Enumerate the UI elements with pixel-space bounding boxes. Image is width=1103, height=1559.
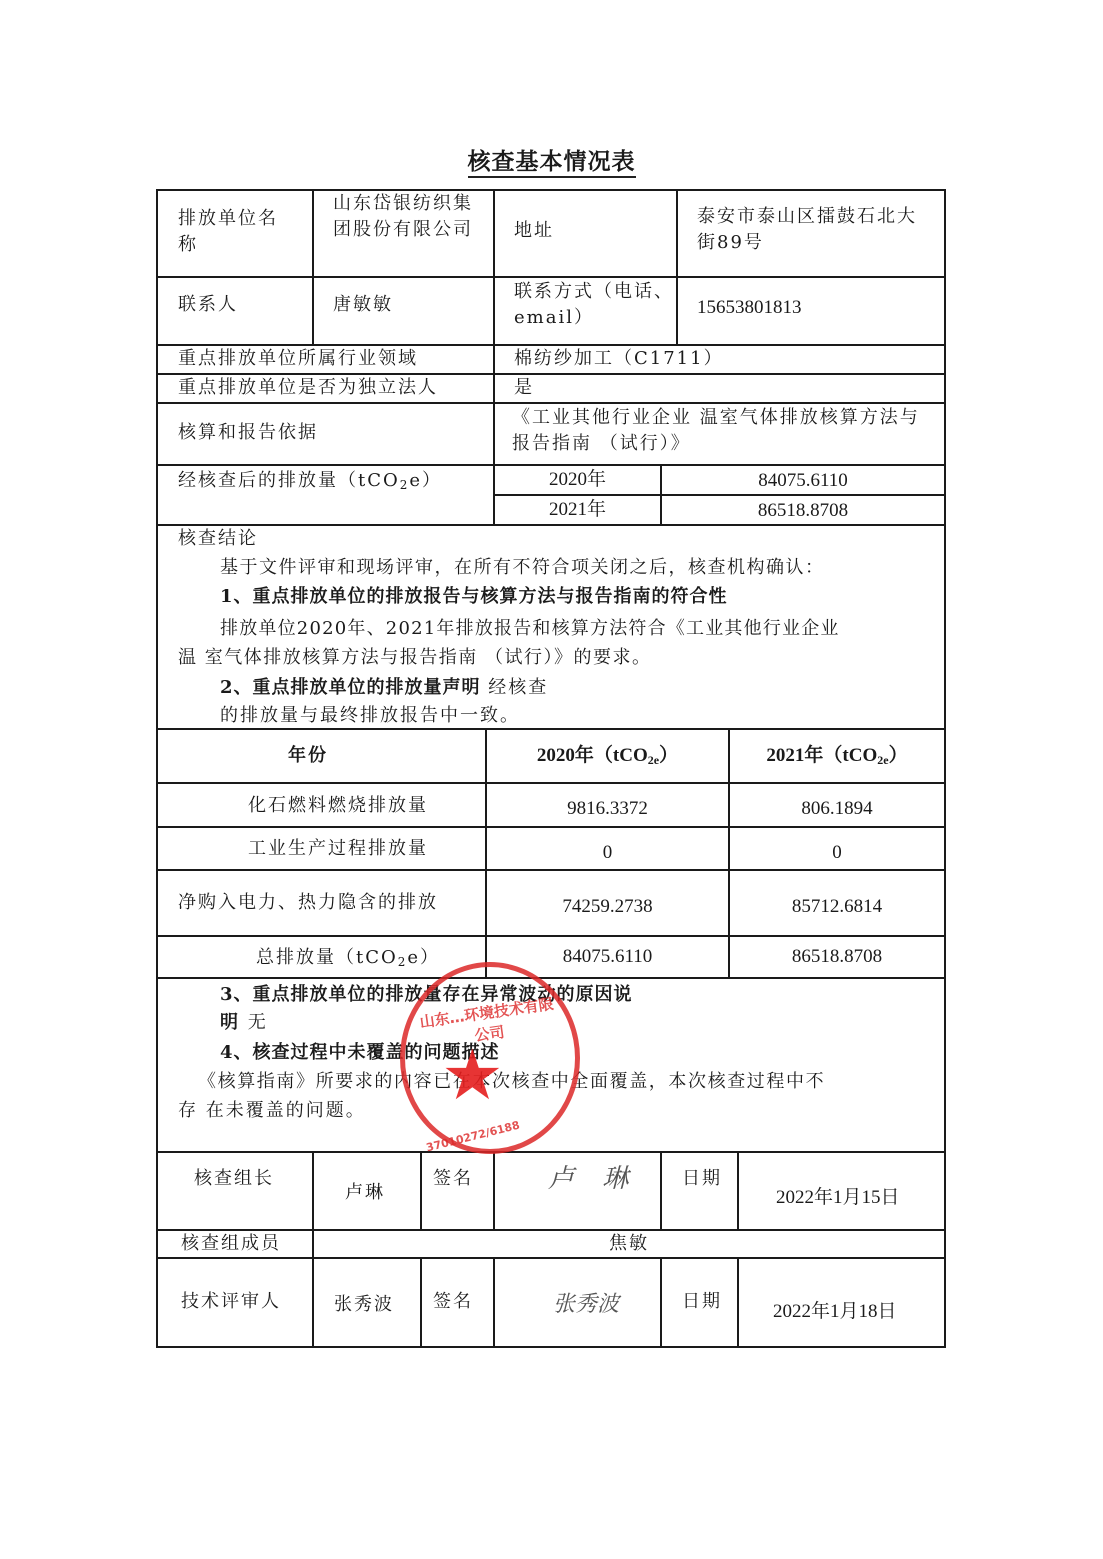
verified-year-2020: 2020年 bbox=[495, 467, 660, 493]
table-cell: 0 bbox=[730, 840, 944, 866]
table-row-label: 总排放量（tCO2e） bbox=[256, 945, 440, 975]
emissions-header-2021: 2021年（tCO2e） bbox=[730, 743, 944, 773]
divider bbox=[660, 1257, 662, 1347]
conclusion-item1-title: 1、重点排放单位的排放报告与核算方法与报告指南的符合性 bbox=[220, 584, 728, 610]
divider bbox=[156, 935, 946, 937]
divider bbox=[660, 1151, 662, 1230]
conclusion-intro: 基于文件评审和现场评审，在所有不符合项关闭之后，核查机构确认： bbox=[220, 555, 825, 581]
divider bbox=[156, 1257, 946, 1259]
verified-year-2021: 2021年 bbox=[495, 497, 660, 523]
conclusion-item3-title: 3、重点排放单位的排放量存在异常波动的原因说 bbox=[220, 982, 633, 1008]
table-cell: 806.1894 bbox=[730, 796, 944, 822]
table-cell: 74259.2738 bbox=[487, 894, 728, 920]
emissions-header-2020: 2020年（tCO2e） bbox=[487, 743, 728, 773]
conclusion-item1-text: 排放单位2020年、2021年排放报告和核算方法符合《工业其他行业企业 bbox=[220, 616, 840, 642]
members-label: 核查组成员 bbox=[181, 1231, 281, 1257]
conclusion-item3: 明 无 bbox=[220, 1010, 268, 1036]
conclusion-item1-text: 温 室气体排放核算方法与报告指南 （试行）》的要求。 bbox=[178, 645, 651, 671]
address-value: 泰安市泰山区擂鼓石北大街89号 bbox=[697, 204, 927, 256]
divider bbox=[156, 826, 946, 828]
divider bbox=[420, 1257, 422, 1347]
table-row-label: 化石燃料燃烧排放量 bbox=[158, 793, 518, 819]
leader-label: 核查组长 bbox=[194, 1166, 274, 1192]
divider bbox=[944, 189, 946, 1348]
divider bbox=[493, 494, 946, 496]
table-row-label: 工业生产过程排放量 bbox=[158, 836, 518, 862]
divider bbox=[156, 464, 946, 466]
divider bbox=[156, 189, 946, 191]
table-cell: 85712.6814 bbox=[730, 894, 944, 920]
table-cell: 0 bbox=[487, 840, 728, 866]
date-label: 日期 bbox=[682, 1289, 722, 1315]
conclusion-item4-text: 存 在未覆盖的问题。 bbox=[178, 1098, 366, 1124]
divider bbox=[156, 1151, 946, 1153]
divider bbox=[156, 1346, 946, 1348]
unit-name-label: 排放单位名称 bbox=[178, 206, 288, 258]
divider bbox=[156, 276, 946, 278]
table-cell: 84075.6110 bbox=[487, 944, 728, 970]
contact-value: 唐敏敏 bbox=[333, 292, 393, 318]
address-label: 地址 bbox=[514, 218, 554, 244]
conclusion-item2: 2、重点排放单位的排放量声明 经核查 bbox=[220, 675, 548, 701]
verified-value-2021: 86518.8708 bbox=[662, 498, 944, 524]
table-cell: 9816.3372 bbox=[487, 796, 728, 822]
table-cell: 86518.8708 bbox=[730, 944, 944, 970]
contact-label: 联系人 bbox=[178, 292, 238, 318]
table-row-label: 净购入电力、热力隐含的排放 bbox=[178, 890, 438, 916]
seal-number: 37010272/6188 bbox=[425, 1119, 521, 1155]
members-value: 焦敏 bbox=[314, 1231, 944, 1257]
divider bbox=[156, 524, 946, 526]
legal-person-label: 重点排放单位是否为独立法人 bbox=[178, 375, 438, 401]
leader-name: 卢琳 bbox=[345, 1180, 385, 1206]
reviewer-date: 2022年1月18日 bbox=[773, 1299, 897, 1325]
basis-value: 《工业其他行业企业 温室气体排放核算方法与报告指南 （试行）》 bbox=[512, 405, 932, 457]
divider bbox=[737, 1151, 739, 1230]
verified-emission-label: 经核查后的排放量（tCO2e） bbox=[178, 468, 442, 498]
conclusion-heading: 核查结论 bbox=[178, 526, 258, 552]
reviewer-name: 张秀波 bbox=[334, 1292, 394, 1318]
divider bbox=[737, 1257, 739, 1347]
verified-value-2020: 84075.6110 bbox=[662, 468, 944, 494]
sign-label: 签名 bbox=[433, 1289, 473, 1315]
contact-method-value: 15653801813 bbox=[697, 295, 802, 321]
conclusion-item2-text: 的排放量与最终排放报告中一致。 bbox=[220, 703, 520, 729]
basis-label: 核算和报告依据 bbox=[178, 420, 318, 446]
divider bbox=[156, 869, 946, 871]
divider bbox=[156, 977, 946, 979]
emissions-header-year: 年份 bbox=[158, 743, 458, 769]
divider bbox=[493, 1257, 495, 1347]
divider bbox=[312, 189, 314, 345]
conclusion-item4-title: 4、核查过程中未覆盖的问题描述 bbox=[220, 1040, 500, 1066]
date-label: 日期 bbox=[682, 1166, 722, 1192]
sign-label: 签名 bbox=[433, 1166, 473, 1192]
reviewer-signature: 张秀波 bbox=[553, 1292, 619, 1318]
conclusion-item4-text: 《核算指南》所要求的内容已在本次核查中全面覆盖，本次核查过程中不 bbox=[198, 1069, 825, 1095]
divider bbox=[676, 189, 678, 345]
divider bbox=[493, 1151, 495, 1230]
divider bbox=[156, 402, 946, 404]
page-title: 核查基本情况表 bbox=[0, 143, 1103, 176]
industry-label: 重点排放单位所属行业领域 bbox=[178, 346, 418, 372]
industry-value: 棉纺纱加工（C1711） bbox=[514, 346, 724, 372]
leader-signature: 卢 琳 bbox=[548, 1166, 638, 1192]
reviewer-label: 技术评审人 bbox=[181, 1289, 281, 1315]
leader-date: 2022年1月15日 bbox=[776, 1185, 900, 1211]
divider bbox=[156, 782, 946, 784]
legal-person-value: 是 bbox=[514, 375, 534, 401]
divider bbox=[420, 1151, 422, 1230]
contact-method-label: 联系方式（电话、email） bbox=[514, 279, 674, 331]
unit-name-value: 山东岱银纺织集团股份有限公司 bbox=[333, 191, 483, 243]
